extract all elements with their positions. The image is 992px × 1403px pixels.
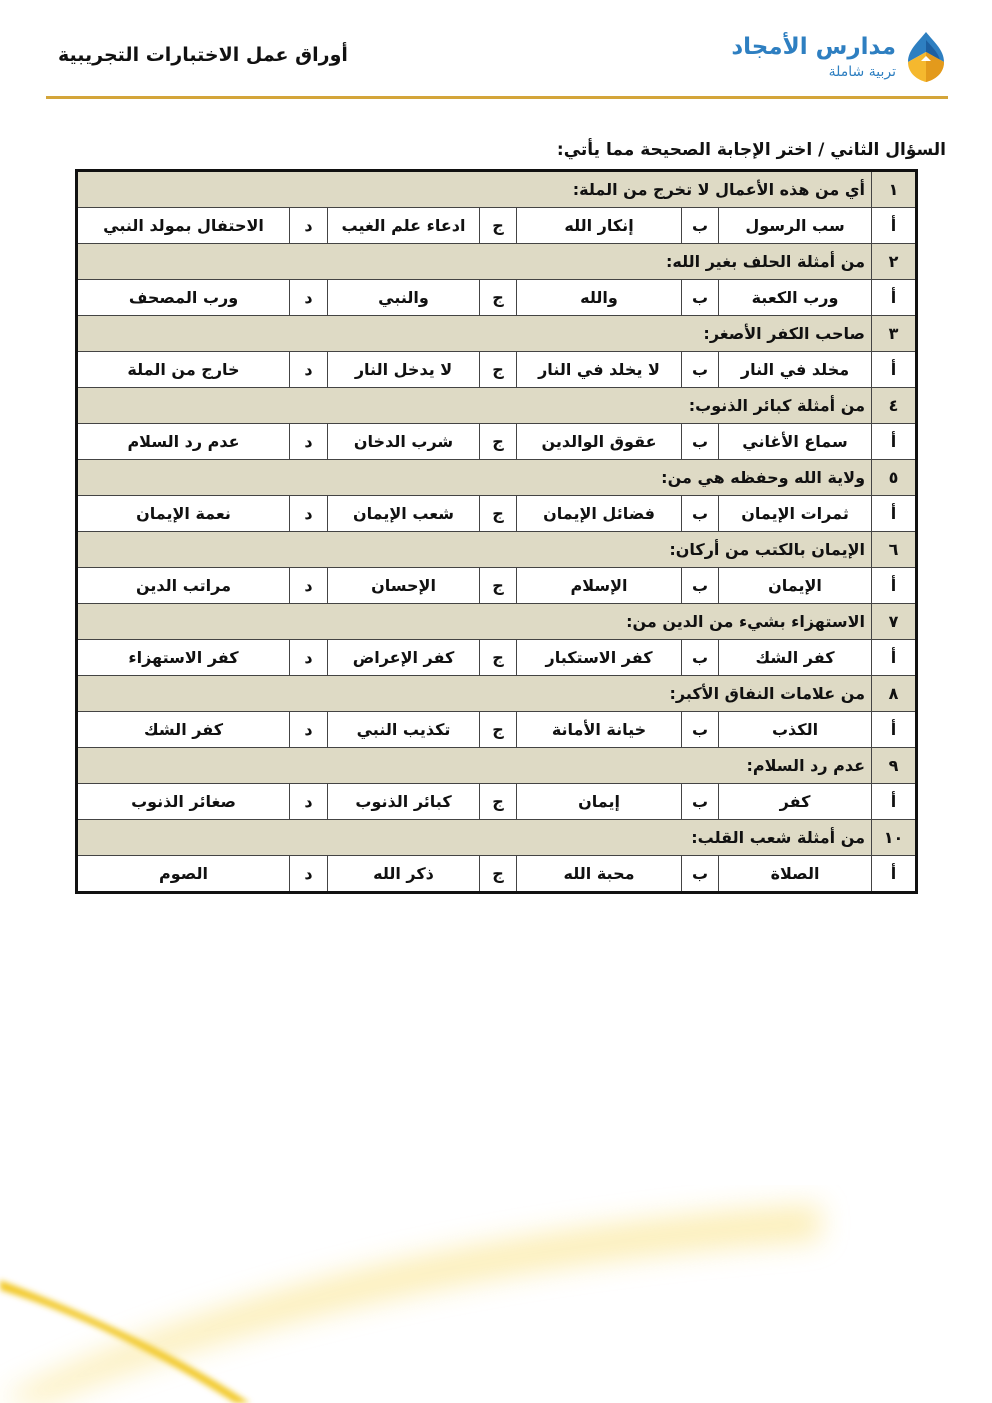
options-row: أالصلاةبمحبة اللهجذكر اللهدالصوم bbox=[77, 856, 917, 893]
question-number: ١٠ bbox=[872, 820, 917, 856]
drop-logo-icon bbox=[904, 30, 948, 84]
question-row: ٧الاستهزاء بشيء من الدين من: bbox=[77, 604, 917, 640]
answer-option[interactable]: كفر الاستكبار bbox=[517, 640, 682, 676]
question-row: ٨من علامات النفاق الأكبر: bbox=[77, 676, 917, 712]
question-text: الاستهزاء بشيء من الدين من: bbox=[77, 604, 872, 640]
answer-option[interactable]: كفر الاستهزاء bbox=[77, 640, 290, 676]
question-number: ٢ bbox=[872, 244, 917, 280]
answer-option[interactable]: الصلاة bbox=[719, 856, 872, 893]
option-letter: أ bbox=[872, 208, 917, 244]
options-row: أثمرات الإيمانبفضائل الإيمانجشعب الإيمان… bbox=[77, 496, 917, 532]
question-instruction: السؤال الثاني / اختر الإجابة الصحيحة مما… bbox=[557, 140, 946, 160]
answer-option[interactable]: سماع الأغاني bbox=[719, 424, 872, 460]
question-text: صاحب الكفر الأصغر: bbox=[77, 316, 872, 352]
options-row: أالإيمانبالإسلامجالإحساندمراتب الدين bbox=[77, 568, 917, 604]
option-letter: أ bbox=[872, 352, 917, 388]
option-letter: ب bbox=[682, 496, 719, 532]
question-row: ٢من أمثلة الحلف بغير الله: bbox=[77, 244, 917, 280]
answer-option[interactable]: خيانة الأمانة bbox=[517, 712, 682, 748]
answer-option[interactable]: نعمة الإيمان bbox=[77, 496, 290, 532]
answer-option[interactable]: ورب الكعبة bbox=[719, 280, 872, 316]
question-number: ٣ bbox=[872, 316, 917, 352]
option-letter: أ bbox=[872, 496, 917, 532]
option-letter: ج bbox=[480, 712, 517, 748]
option-letter: أ bbox=[872, 640, 917, 676]
question-text: من أمثلة شعب القلب: bbox=[77, 820, 872, 856]
answer-option[interactable]: فضائل الإيمان bbox=[517, 496, 682, 532]
answer-option[interactable]: كفر الشك bbox=[719, 640, 872, 676]
answer-option[interactable]: كفر الشك bbox=[77, 712, 290, 748]
option-letter: ب bbox=[682, 640, 719, 676]
option-letter: ب bbox=[682, 784, 719, 820]
answer-option[interactable]: عدم رد السلام bbox=[77, 424, 290, 460]
answer-option[interactable]: ذكر الله bbox=[328, 856, 480, 893]
question-text: أي من هذه الأعمال لا تخرج من الملة: bbox=[77, 171, 872, 208]
option-letter: د bbox=[290, 784, 328, 820]
option-letter: د bbox=[290, 280, 328, 316]
answer-option[interactable]: سب الرسول bbox=[719, 208, 872, 244]
option-letter: ج bbox=[480, 280, 517, 316]
answer-option[interactable]: صغائر الذنوب bbox=[77, 784, 290, 820]
option-letter: أ bbox=[872, 712, 917, 748]
option-letter: د bbox=[290, 352, 328, 388]
options-row: أكفربإيمانجكبائر الذنوبدصغائر الذنوب bbox=[77, 784, 917, 820]
option-letter: ب bbox=[682, 208, 719, 244]
question-text: الإيمان بالكتب من أركان: bbox=[77, 532, 872, 568]
option-letter: د bbox=[290, 712, 328, 748]
option-letter: ب bbox=[682, 424, 719, 460]
option-letter: ب bbox=[682, 712, 719, 748]
logo-tagline: تربية شاملة bbox=[731, 65, 896, 79]
options-row: أسماع الأغانيبعقوق الوالدينجشرب الدخاندع… bbox=[77, 424, 917, 460]
options-row: أالكذببخيانة الأمانةجتكذيب النبيدكفر الش… bbox=[77, 712, 917, 748]
answer-option[interactable]: مخلد في النار bbox=[719, 352, 872, 388]
option-letter: د bbox=[290, 424, 328, 460]
question-number: ٩ bbox=[872, 748, 917, 784]
options-row: أسب الرسولبإنكار اللهجادعاء علم الغيبدال… bbox=[77, 208, 917, 244]
question-number: ٥ bbox=[872, 460, 917, 496]
option-letter: د bbox=[290, 496, 328, 532]
question-row: ١٠من أمثلة شعب القلب: bbox=[77, 820, 917, 856]
answer-option[interactable]: والله bbox=[517, 280, 682, 316]
question-row: ٤من أمثلة كبائر الذنوب: bbox=[77, 388, 917, 424]
question-number: ٦ bbox=[872, 532, 917, 568]
option-letter: د bbox=[290, 856, 328, 893]
answer-option[interactable]: الإحسان bbox=[328, 568, 480, 604]
option-letter: د bbox=[290, 208, 328, 244]
answer-option[interactable]: شرب الدخان bbox=[328, 424, 480, 460]
option-letter: ب bbox=[682, 856, 719, 893]
option-letter: ب bbox=[682, 280, 719, 316]
question-text: عدم رد السلام: bbox=[77, 748, 872, 784]
answer-option[interactable]: محبة الله bbox=[517, 856, 682, 893]
option-letter: أ bbox=[872, 424, 917, 460]
question-number: ٧ bbox=[872, 604, 917, 640]
answer-option[interactable]: الكذب bbox=[719, 712, 872, 748]
answer-option[interactable]: الإسلام bbox=[517, 568, 682, 604]
quiz-table: ١أي من هذه الأعمال لا تخرج من الملة:أسب … bbox=[75, 169, 918, 894]
page-header-title: أوراق عمل الاختبارات التجريبية bbox=[58, 44, 348, 66]
option-letter: ب bbox=[682, 352, 719, 388]
option-letter: د bbox=[290, 568, 328, 604]
option-letter: ج bbox=[480, 568, 517, 604]
question-row: ٣صاحب الكفر الأصغر: bbox=[77, 316, 917, 352]
answer-option[interactable]: خارج من الملة bbox=[77, 352, 290, 388]
answer-option[interactable]: الصوم bbox=[77, 856, 290, 893]
answer-option[interactable]: كبائر الذنوب bbox=[328, 784, 480, 820]
option-letter: أ bbox=[872, 856, 917, 893]
answer-option[interactable]: تكذيب النبي bbox=[328, 712, 480, 748]
option-letter: أ bbox=[872, 280, 917, 316]
answer-option[interactable]: لا يخلد في النار bbox=[517, 352, 682, 388]
option-letter: ج bbox=[480, 496, 517, 532]
options-row: أورب الكعبةبواللهجوالنبيدورب المصحف bbox=[77, 280, 917, 316]
question-number: ١ bbox=[872, 171, 917, 208]
answer-option[interactable]: الاحتفال بمولد النبي bbox=[77, 208, 290, 244]
question-text: من علامات النفاق الأكبر: bbox=[77, 676, 872, 712]
answer-option[interactable]: كفر bbox=[719, 784, 872, 820]
question-text: ولاية الله وحفظه هي من: bbox=[77, 460, 872, 496]
option-letter: ب bbox=[682, 568, 719, 604]
question-number: ٨ bbox=[872, 676, 917, 712]
answer-option[interactable]: لا يدخل النار bbox=[328, 352, 480, 388]
answer-option[interactable]: كفر الإعراض bbox=[328, 640, 480, 676]
answer-option[interactable]: ادعاء علم الغيب bbox=[328, 208, 480, 244]
options-row: أكفر الشكبكفر الاستكبارجكفر الإعراضدكفر … bbox=[77, 640, 917, 676]
option-letter: أ bbox=[872, 784, 917, 820]
option-letter: ج bbox=[480, 640, 517, 676]
question-text: من أمثلة الحلف بغير الله: bbox=[77, 244, 872, 280]
answer-option[interactable]: والنبي bbox=[328, 280, 480, 316]
question-row: ٥ولاية الله وحفظه هي من: bbox=[77, 460, 917, 496]
answer-option[interactable]: إيمان bbox=[517, 784, 682, 820]
header-divider bbox=[46, 96, 948, 99]
option-letter: ج bbox=[480, 208, 517, 244]
answer-option[interactable]: مراتب الدين bbox=[77, 568, 290, 604]
answer-option[interactable]: الإيمان bbox=[719, 568, 872, 604]
question-number: ٤ bbox=[872, 388, 917, 424]
option-letter: ج bbox=[480, 424, 517, 460]
option-letter: ج bbox=[480, 784, 517, 820]
option-letter: ج bbox=[480, 352, 517, 388]
options-row: أمخلد في الناربلا يخلد في النارجلا يدخل … bbox=[77, 352, 917, 388]
answer-option[interactable]: شعب الإيمان bbox=[328, 496, 480, 532]
answer-option[interactable]: عقوق الوالدين bbox=[517, 424, 682, 460]
answer-option[interactable]: ثمرات الإيمان bbox=[719, 496, 872, 532]
question-row: ١أي من هذه الأعمال لا تخرج من الملة: bbox=[77, 171, 917, 208]
logo-name: مدارس الأمجاد bbox=[731, 36, 896, 59]
decorative-light-streak bbox=[0, 1100, 992, 1403]
answer-option[interactable]: ورب المصحف bbox=[77, 280, 290, 316]
option-letter: د bbox=[290, 640, 328, 676]
answer-option[interactable]: إنكار الله bbox=[517, 208, 682, 244]
question-text: من أمثلة كبائر الذنوب: bbox=[77, 388, 872, 424]
question-row: ٦الإيمان بالكتب من أركان: bbox=[77, 532, 917, 568]
school-logo: مدارس الأمجاد تربية شاملة bbox=[731, 30, 948, 84]
option-letter: ج bbox=[480, 856, 517, 893]
question-row: ٩عدم رد السلام: bbox=[77, 748, 917, 784]
option-letter: أ bbox=[872, 568, 917, 604]
